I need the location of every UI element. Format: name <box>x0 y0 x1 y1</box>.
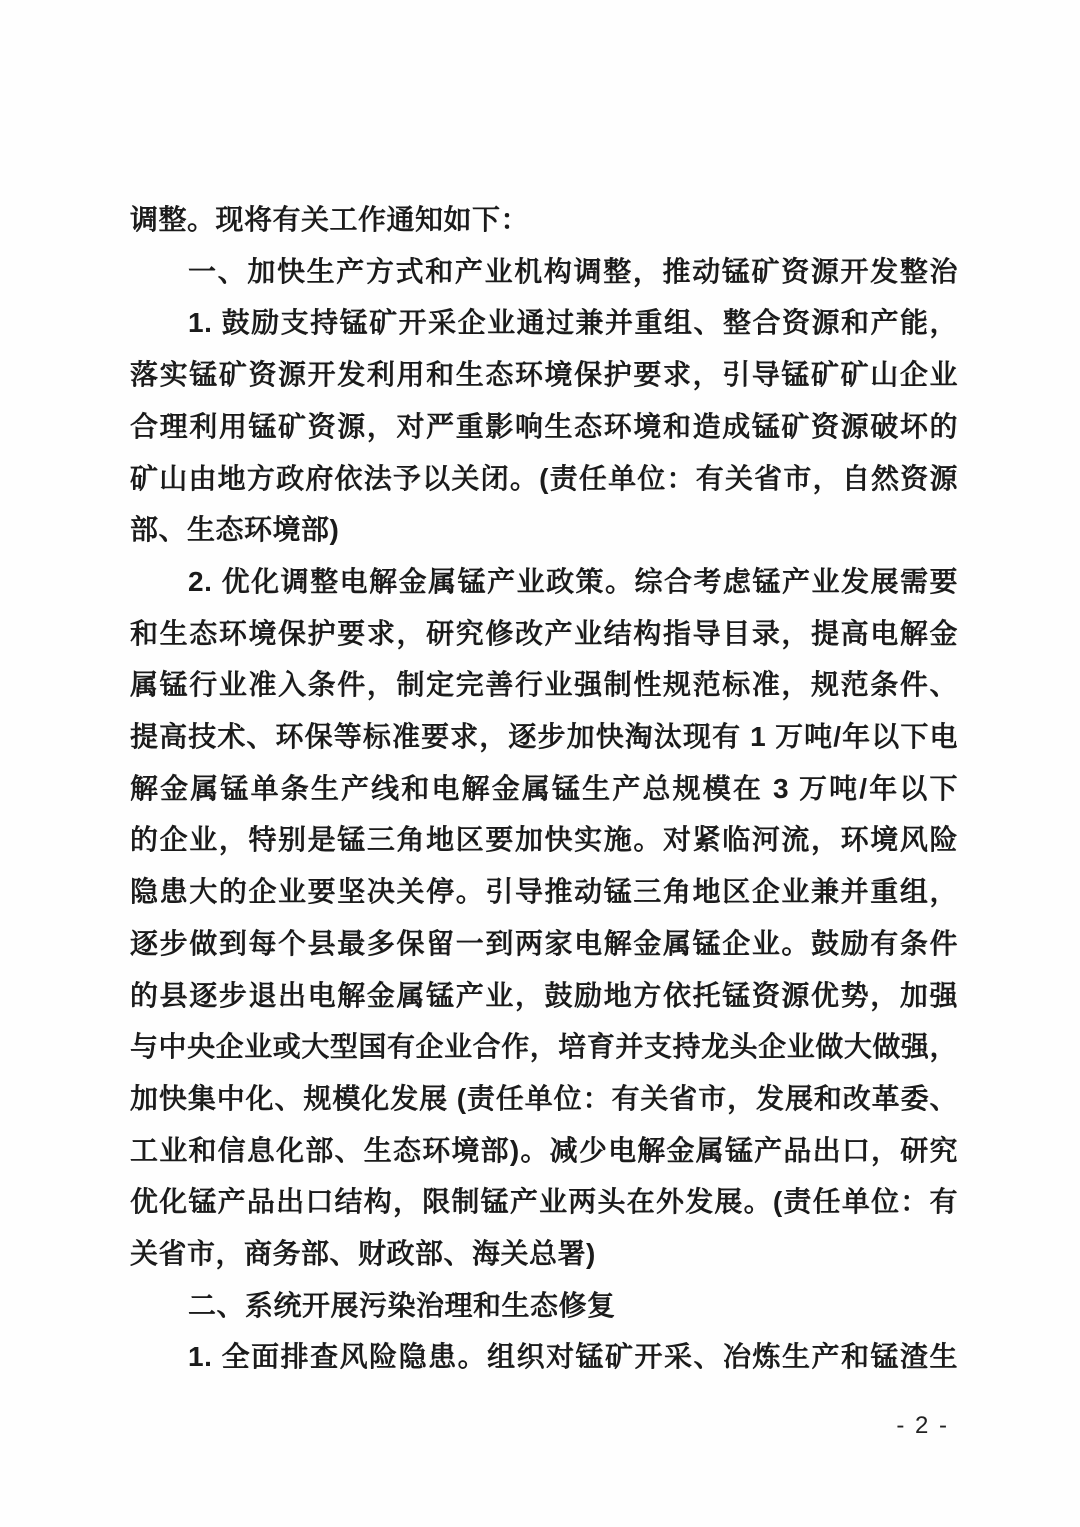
text-line: 与中央企业或大型国有企业合作，培育并支持龙头企业做大做强， <box>130 1021 958 1073</box>
text-line: 1. 鼓励支持锰矿开采企业通过兼并重组、整合资源和产能， <box>130 297 958 349</box>
text-line: 部、生态环境部) <box>130 504 958 556</box>
text-line: 隐患大的企业要坚决关停。引导推动锰三角地区企业兼并重组， <box>130 866 958 918</box>
text-line: 加快集中化、规模化发展 (责任单位：有关省市，发展和改革委、 <box>130 1073 958 1125</box>
page-number: - 2 - <box>896 1412 949 1440</box>
text-line: 解金属锰单条生产线和电解金属锰生产总规模在 3 万吨/年以下 <box>130 763 958 815</box>
text-line: 调整。现将有关工作通知如下： <box>130 194 958 246</box>
text-line: 合理利用锰矿资源，对严重影响生态环境和造成锰矿资源破坏的 <box>130 401 958 453</box>
text-line: 1. 全面排查风险隐患。组织对锰矿开采、冶炼生产和锰渣生 <box>130 1331 958 1383</box>
document-page: 调整。现将有关工作通知如下：一、加快生产方式和产业机构调整，推动锰矿资源开发整治… <box>0 0 1080 1527</box>
text-line: 工业和信息化部、生态环境部)。减少电解金属锰产品出口，研究 <box>130 1125 958 1177</box>
text-line: 和生态环境保护要求，研究修改产业结构指导目录，提高电解金 <box>130 608 958 660</box>
text-line: 的县逐步退出电解金属锰产业，鼓励地方依托锰资源优势，加强 <box>130 970 958 1022</box>
text-line: 优化锰产品出口结构，限制锰产业两头在外发展。(责任单位：有 <box>130 1176 958 1228</box>
text-line: 的企业，特别是锰三角地区要加快实施。对紧临河流，环境风险 <box>130 814 958 866</box>
text-line: 二、系统开展污染治理和生态修复 <box>130 1280 958 1332</box>
text-line: 一、加快生产方式和产业机构调整，推动锰矿资源开发整治 <box>130 246 958 298</box>
text-line: 关省市，商务部、财政部、海关总署) <box>130 1228 958 1280</box>
text-line: 矿山由地方政府依法予以关闭。(责任单位：有关省市，自然资源 <box>130 453 958 505</box>
text-line: 属锰行业准入条件，制定完善行业强制性规范标准，规范条件、 <box>130 659 958 711</box>
document-body: 调整。现将有关工作通知如下：一、加快生产方式和产业机构调整，推动锰矿资源开发整治… <box>130 194 958 1383</box>
text-line: 逐步做到每个县最多保留一到两家电解金属锰企业。鼓励有条件 <box>130 918 958 970</box>
text-line: 2. 优化调整电解金属锰产业政策。综合考虑锰产业发展需要 <box>130 556 958 608</box>
text-line: 落实锰矿资源开发利用和生态环境保护要求，引导锰矿矿山企业 <box>130 349 958 401</box>
text-line: 提高技术、环保等标准要求，逐步加快淘汰现有 1 万吨/年以下电 <box>130 711 958 763</box>
